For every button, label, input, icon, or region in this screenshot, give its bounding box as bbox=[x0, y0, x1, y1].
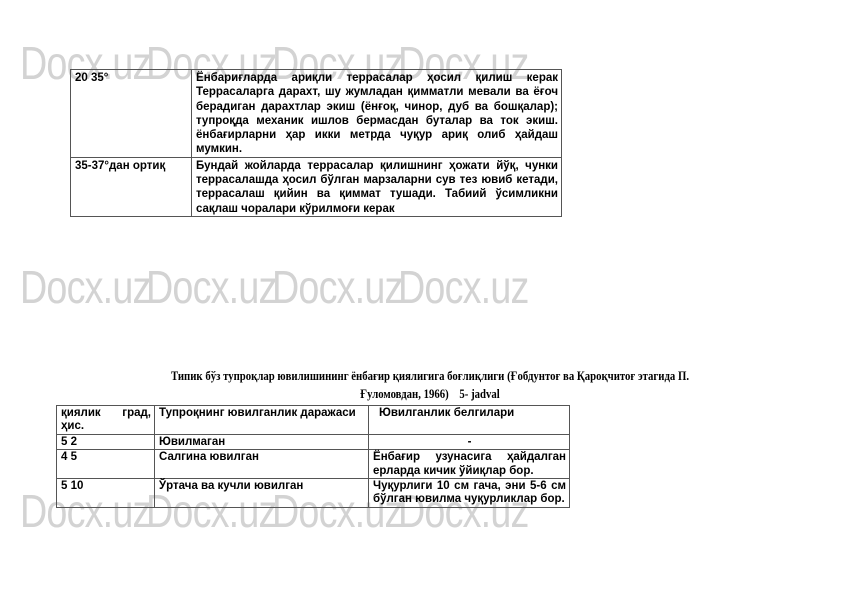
column-header-erosion-degree: Тупроқнинг ювилганлик даражаси bbox=[155, 406, 369, 435]
watermark: Docx.uz bbox=[272, 264, 403, 310]
slope-cell: 5 2 bbox=[57, 434, 155, 449]
soil-erosion-table: қиялик град, ҳис. Тупроқнинг ювилганлик … bbox=[56, 405, 570, 508]
slope-cell: 20 35° bbox=[71, 70, 192, 158]
table-header-row: қиялик град, ҳис. Тупроқнинг ювилганлик … bbox=[57, 406, 570, 435]
recommendation-cell: Ёнбариғларда ариқли террасалар ҳосил қил… bbox=[192, 70, 562, 158]
erosion-degree-cell: Салгина ювилган bbox=[155, 450, 369, 479]
slope-cell: 4 5 bbox=[57, 450, 155, 479]
table-row: 20 35° Ёнбариғларда ариқли террасалар ҳо… bbox=[71, 70, 562, 158]
table-row: 4 5 Салгина ювилган Ёнбағир узунасига ҳа… bbox=[57, 450, 570, 479]
table-row: 5 2 Ювилмаган - bbox=[57, 434, 570, 449]
caption-line-1: Типик бўз тупроқлар ювилишининг ёнбағир … bbox=[129, 367, 731, 385]
table-row: 5 10 Ўртача ва кучли ювилган Чуқурлиги 1… bbox=[57, 479, 570, 508]
column-header-erosion-signs: Ювилганлик белгилари bbox=[369, 406, 570, 435]
watermark: Docx.uz bbox=[20, 264, 151, 310]
recommendation-cell: Бундай жойларда террасалар қилишнинг ҳож… bbox=[192, 157, 562, 216]
table-row: 35-37°дан ортиқ Бундай жойларда террасал… bbox=[71, 157, 562, 216]
watermark: Docx.uz bbox=[146, 264, 277, 310]
watermark: Docx.uz bbox=[398, 264, 529, 310]
caption-line-2: Ғуломовдан, 1966) 5- jadval bbox=[129, 385, 731, 403]
terrace-recommendations-table: 20 35° Ёнбариғларда ариқли террасалар ҳо… bbox=[70, 69, 562, 217]
erosion-signs-cell: Чуқурлиги 10 см гача, эни 5-6 см бўлган … bbox=[369, 479, 570, 508]
erosion-signs-cell: Ёнбағир узунасига ҳайдалган ерларда кичи… bbox=[369, 450, 570, 479]
erosion-degree-cell: Ўртача ва кучли ювилган bbox=[155, 479, 369, 508]
column-header-slope: қиялик град, ҳис. bbox=[57, 406, 155, 435]
erosion-signs-cell: - bbox=[369, 434, 570, 449]
slope-cell: 35-37°дан ортиқ bbox=[71, 157, 192, 216]
slope-cell: 5 10 bbox=[57, 479, 155, 508]
table-caption: Типик бўз тупроқлар ювилишининг ёнбағир … bbox=[129, 367, 731, 403]
erosion-degree-cell: Ювилмаган bbox=[155, 434, 369, 449]
